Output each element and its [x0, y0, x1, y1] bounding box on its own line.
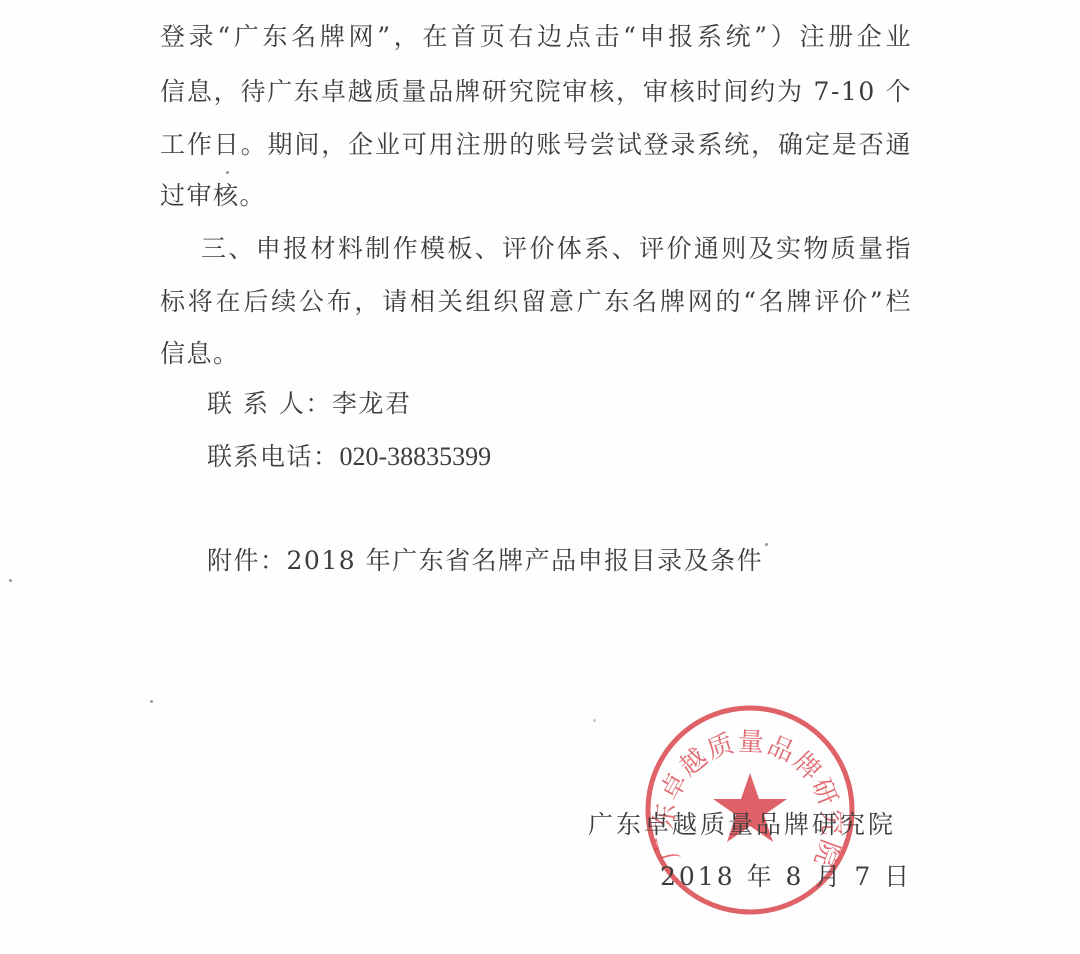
- attachment-label: 附件：: [207, 546, 287, 575]
- paragraph-line-2: 信息，待广东卓越质量品牌研究院审核，审核时间约为 7-10 个: [160, 77, 912, 107]
- attachment-title: 2018 年广东省名牌产品申报目录及条件: [287, 546, 764, 575]
- contact-phone-label: 联系电话：: [207, 442, 340, 471]
- section-three-line-3: 信息。: [160, 339, 240, 369]
- contact-phone: 联系电话：020-38835399: [207, 442, 491, 472]
- scan-speck: [593, 719, 596, 722]
- scan-speck: [765, 543, 768, 546]
- scan-speck: [150, 700, 153, 703]
- contact-person-name: 李龙君: [332, 389, 412, 418]
- attachment: 附件：2018 年广东省名牌产品申报目录及条件: [207, 546, 763, 576]
- document-page: 登录“广东名牌网”，在首页右边点击“申报系统”）注册企业 信息，待广东卓越质量品…: [0, 0, 1080, 954]
- paragraph-line-1: 登录“广东名牌网”，在首页右边点击“申报系统”）注册企业: [160, 22, 912, 52]
- section-three-line-2: 标将在后续公布，请相关组织留意广东名牌网的“名牌评价”栏: [160, 287, 912, 317]
- contact-person-label: 联 系 人：: [207, 389, 332, 418]
- contact-phone-number: 020-38835399: [340, 442, 492, 471]
- scan-speck: [9, 579, 12, 582]
- contact-person: 联 系 人：李龙君: [207, 389, 411, 419]
- signature-organization: 广东卓越质量品牌研究院: [588, 810, 896, 840]
- section-three-line-1: 三、申报材料制作模板、评价体系、评价通则及实物质量指: [201, 234, 912, 264]
- signature-date: 2018 年 8 月 7 日: [660, 862, 912, 892]
- paragraph-line-4: 过审核。: [160, 181, 266, 211]
- scan-speck: [226, 171, 229, 174]
- paragraph-line-3: 工作日。期间，企业可用注册的账号尝试登录系统，确定是否通: [160, 130, 912, 160]
